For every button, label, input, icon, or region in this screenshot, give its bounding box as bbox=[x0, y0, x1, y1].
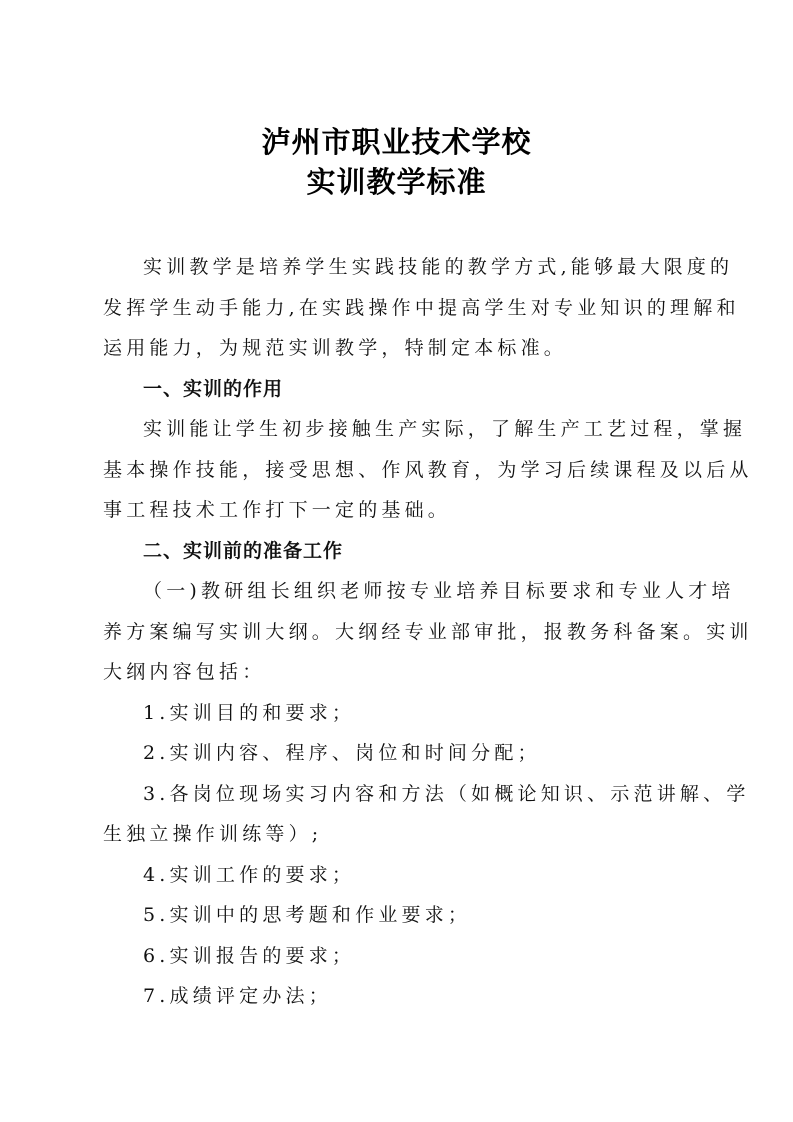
list-item-5: 5.实训中的思考题和作业要求； bbox=[103, 895, 693, 936]
section-heading-2: 二、实训前的准备工作 bbox=[103, 531, 693, 572]
document-page: 泸州市职业技术学校 实训教学标准 实训教学是培养学生实践技能的教学方式,能够最大… bbox=[0, 0, 793, 1122]
list-item-7: 7.成绩评定办法； bbox=[103, 976, 693, 1017]
section1-line-1: 实训能让学生初步接触生产实际，了解生产工艺过程，掌握 bbox=[103, 409, 693, 450]
list-item-1: 1.实训目的和要求； bbox=[103, 693, 693, 734]
list-item-6: 6.实训报告的要求； bbox=[103, 936, 693, 977]
intro-line-2: 发挥学生动手能力,在实践操作中提高学生对专业知识的理解和 bbox=[103, 288, 693, 329]
intro-line-3: 运用能力，为规范实训教学，特制定本标准。 bbox=[103, 328, 693, 369]
document-body: 实训教学是培养学生实践技能的教学方式,能够最大限度的 发挥学生动手能力,在实践操… bbox=[103, 247, 693, 1017]
document-title-school: 泸州市职业技术学校 bbox=[0, 124, 793, 160]
list-item-3-continued: 生独立操作训练等）; bbox=[103, 814, 693, 855]
section-heading-1: 一、实训的作用 bbox=[103, 369, 693, 410]
section1-line-2: 基本操作技能，接受思想、作风教育，为学习后续课程及以后从 bbox=[103, 450, 693, 491]
list-item-4: 4.实训工作的要求； bbox=[103, 855, 693, 896]
list-item-3: 3.各岗位现场实习内容和方法（如概论知识、示范讲解、学 bbox=[103, 774, 693, 815]
section2-line-3: 大纲内容包括： bbox=[103, 652, 693, 693]
document-title-standard: 实训教学标准 bbox=[0, 164, 793, 200]
section1-line-3: 事工程技术工作打下一定的基础。 bbox=[103, 490, 693, 531]
list-item-2: 2.实训内容、程序、岗位和时间分配； bbox=[103, 733, 693, 774]
section2-line-2: 养方案编写实训大纲。大纲经专业部审批，报教务科备案。实训 bbox=[103, 612, 693, 653]
section2-line-1: （一)教研组长组织老师按专业培养目标要求和专业人才培 bbox=[103, 571, 693, 612]
intro-line-1: 实训教学是培养学生实践技能的教学方式,能够最大限度的 bbox=[103, 247, 693, 288]
